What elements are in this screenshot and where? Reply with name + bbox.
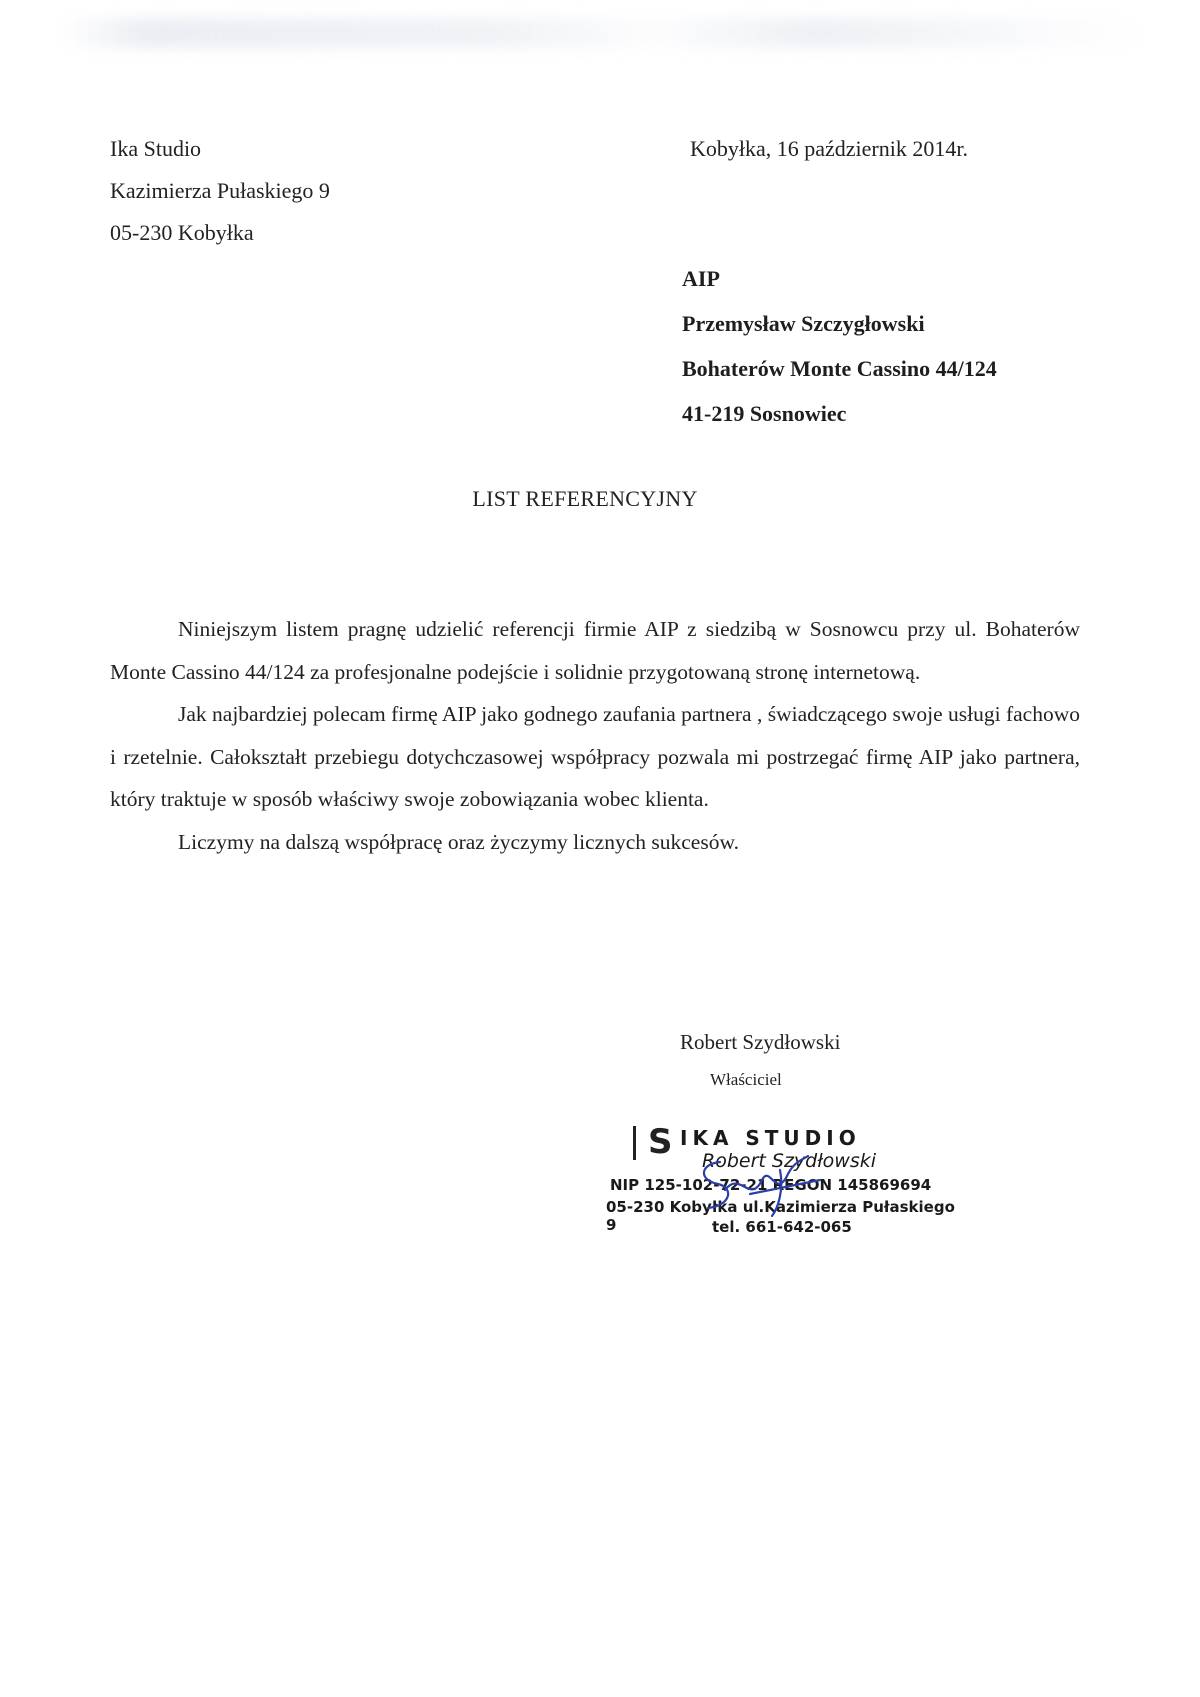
stamp-logo-icon: S bbox=[648, 1124, 672, 1160]
paragraph: Niniejszym listem pragnę udzielić refere… bbox=[110, 608, 1080, 693]
signatory-role: Właściciel bbox=[710, 1070, 782, 1090]
paragraph: Liczymy na dalszą współpracę oraz życzym… bbox=[110, 821, 1080, 864]
letter-body: Niniejszym listem pragnę udzielić refere… bbox=[110, 608, 1080, 863]
signatory-name: Robert Szydłowski bbox=[680, 1030, 840, 1055]
recipient-street: Bohaterów Monte Cassino 44/124 bbox=[682, 356, 997, 382]
sender-city: 05-230 Kobyłka bbox=[110, 220, 254, 246]
paragraph: Jak najbardziej polecam firmę AIP jako g… bbox=[110, 693, 1080, 821]
letter-title: LIST REFERENCYJNY bbox=[0, 486, 1170, 512]
sender-street: Kazimierza Pułaskiego 9 bbox=[110, 178, 330, 204]
date-line: Kobyłka, 16 październik 2014r. bbox=[690, 136, 968, 162]
scan-artifact bbox=[60, 18, 1140, 48]
recipient-city: 41-219 Sosnowiec bbox=[682, 401, 846, 427]
sender-name: Ika Studio bbox=[110, 136, 201, 162]
stamp-phone: tel. 661-642-065 bbox=[712, 1218, 852, 1236]
recipient-company: AIP bbox=[682, 266, 720, 292]
handwritten-signature-icon bbox=[680, 1150, 830, 1220]
stamp-brand: IKA STUDIO bbox=[680, 1126, 861, 1150]
stamp-divider bbox=[633, 1126, 636, 1160]
recipient-person: Przemysław Szczygłowski bbox=[682, 311, 925, 337]
